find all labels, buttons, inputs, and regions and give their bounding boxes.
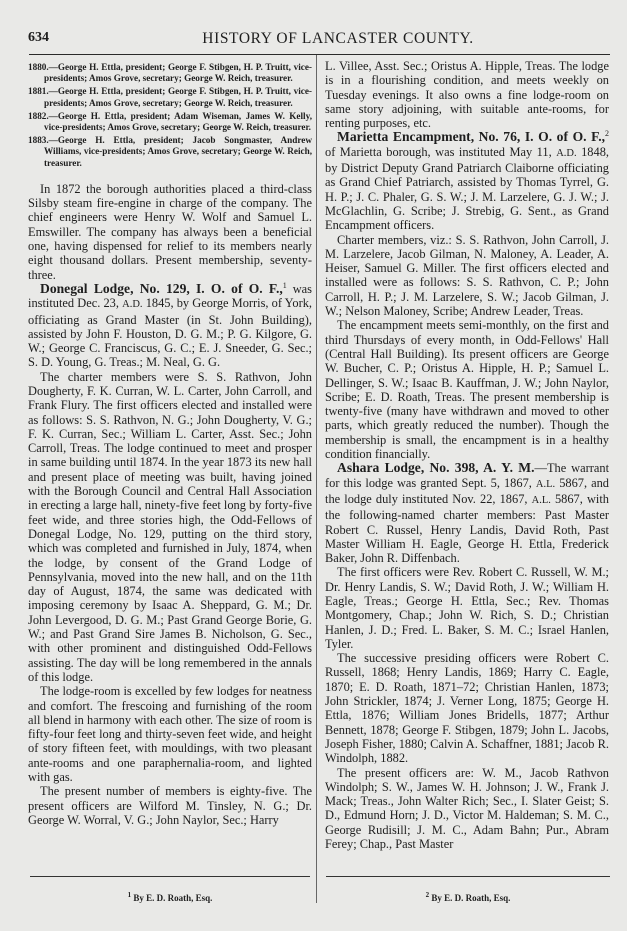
book-page: 634 HISTORY OF LANCASTER COUNTY. 1880.—G… [0,0,627,931]
officer-entry-1883: 1883.—George H. Ettla, president; Jacob … [28,135,312,169]
footnote-1: 1 By E. D. Roath, Esq. [30,891,310,903]
paragraph-ashara-present: The present officers are: W. M., Jacob R… [325,766,609,852]
footnote-rule-left [30,876,310,877]
column-divider [316,55,317,903]
running-head: 634 HISTORY OF LANCASTER COUNTY. [28,30,608,48]
left-column: 1880.—George H. Ettla, president; George… [28,62,312,827]
section-heading-marietta-encampment: Marietta Encampment, No. 76, I. O. of O.… [337,129,605,144]
paragraph-fire-engine: In 1872 the borough authorities placed a… [28,182,312,282]
paragraph-lodge-room: The lodge-room is excelled by few lodges… [28,684,312,784]
paragraph-ashara-first-officers: The first officers were Rev. Robert C. R… [325,565,609,651]
paragraph-marietta-encampment: Marietta Encampment, No. 76, I. O. of O.… [325,130,609,232]
paragraph-donegal-charter: The charter members were S. S. Rathvon, … [28,370,312,685]
paragraph-donegal-lodge: Donegal Lodge, No. 129, I. O. of O. F.,1… [28,282,312,370]
paragraph-donegal-present: The present number of members is eighty-… [28,784,312,827]
paragraph-ashara-lodge: Ashara Lodge, No. 398, A. Y. M.—The warr… [325,461,609,565]
officer-entry-1880: 1880.—George H. Ettla, president; George… [28,62,312,84]
officer-entry-1881: 1881.—George H. Ettla, president; George… [28,86,312,108]
header-rule [29,54,610,55]
footnote-2: 2 By E. D. Roath, Esq. [326,891,610,903]
paragraph-continued: L. Villee, Asst. Sec.; Oristus A. Hipple… [325,59,609,130]
paragraph-ashara-successive: The successive presiding officers were R… [325,651,609,765]
footnote-rule-right [326,876,610,877]
section-heading-donegal-lodge: Donegal Lodge, No. 129, I. O. of O. F., [40,281,283,296]
officer-entry-1882: 1882.—George H. Ettla, president; Adam W… [28,111,312,133]
footnote-ref-2: 2 [605,129,609,138]
section-heading-ashara-lodge: Ashara Lodge, No. 398, A. Y. M. [337,460,535,475]
officer-list: 1880.—George H. Ettla, president; George… [28,62,312,169]
paragraph-encampment-charter: Charter members, viz.: S. S. Rathvon, Jo… [325,233,609,319]
right-column: L. Villee, Asst. Sec.; Oristus A. Hipple… [325,59,609,851]
running-title: HISTORY OF LANCASTER COUNTY. [28,30,608,48]
paragraph-encampment-meetings: The encampment meets semi-monthly, on th… [325,318,609,461]
